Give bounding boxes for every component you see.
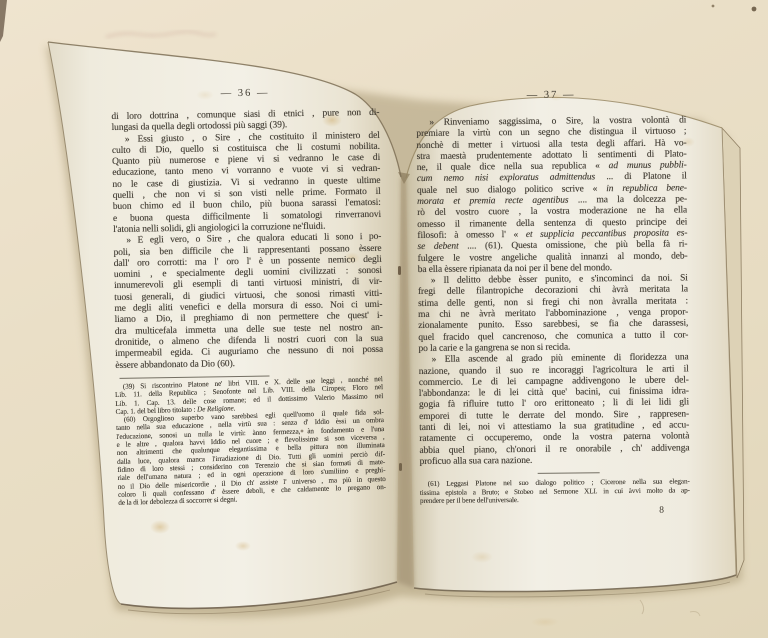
faint-inscription-mark xyxy=(106,32,216,37)
stitching-thread xyxy=(398,266,401,275)
book-photo: — 36 — di loro dottrina , comunque siasi… xyxy=(0,0,768,638)
right-page-footnotes: (61) Leggasi Platone nel suo dialogo pol… xyxy=(420,478,690,505)
right-page-body: » Rinveniamo saggissima, o Sire, la vost… xyxy=(416,115,689,468)
stitching-thread xyxy=(399,463,402,471)
text-line: proficuo alla sua cara nazione. xyxy=(420,454,690,468)
right-page-number: — 37 — xyxy=(416,88,686,103)
left-page-text: — 36 — di loro dottrina , comunque siasi… xyxy=(111,86,386,507)
footnote-line: prendere per il bene dell'universale. xyxy=(420,494,690,505)
right-page-text: — 37 — » Rinveniamo saggissima, o Sire, … xyxy=(416,88,690,518)
footnote-rule xyxy=(538,472,600,474)
left-page-footnotes: (39) Si riscontrino Platone ne' libri VI… xyxy=(115,375,387,507)
left-page-body: di loro dottrina , comunque siasi di etn… xyxy=(111,108,383,372)
